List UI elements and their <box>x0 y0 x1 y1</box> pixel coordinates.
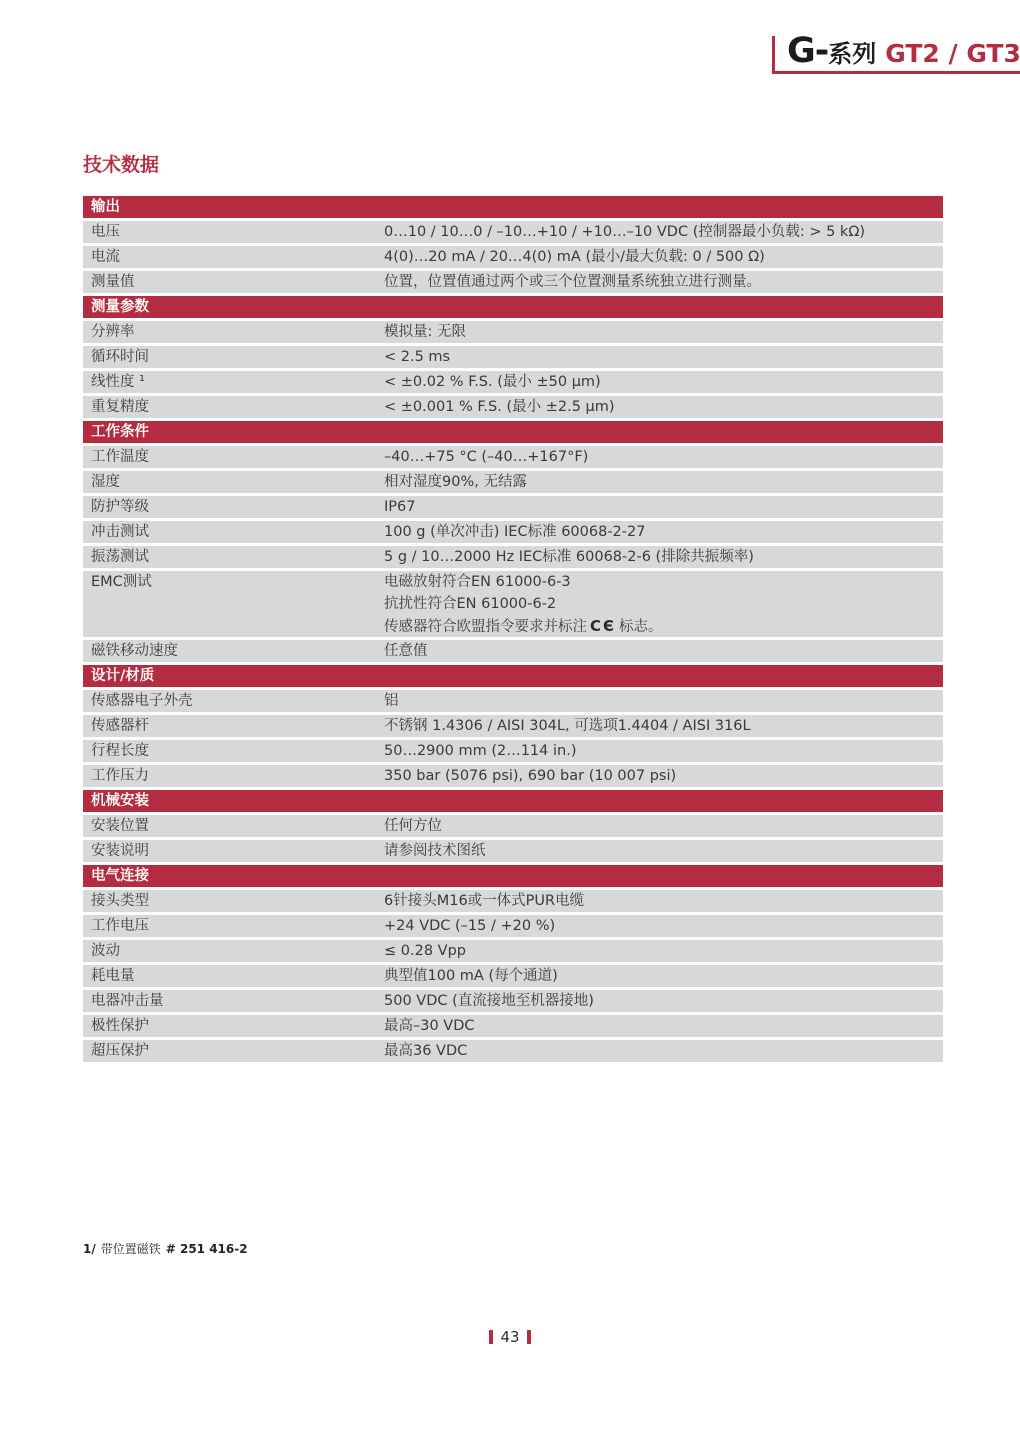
row-value: 50…2900 mm (2…114 in.) <box>384 740 943 762</box>
row-value: 模拟量: 无限 <box>384 321 943 343</box>
footnote-number: 1/ <box>83 1242 96 1256</box>
page-title: 技术数据 <box>83 150 159 177</box>
header-accent-vline <box>772 36 775 74</box>
row-value: 任何方位 <box>384 815 943 837</box>
ce-mark-icon: CЄ <box>587 617 619 635</box>
row-label: 波动 <box>83 940 384 962</box>
page-number-value: 43 <box>500 1328 519 1346</box>
section-header: 设计/材质 <box>83 665 943 687</box>
row-value-line: 电磁放射符合EN 61000-6-3 <box>384 571 935 593</box>
footnote: 1/带位置磁铁# 251 416-2 <box>83 1240 248 1257</box>
table-row: 电器冲击量500 VDC (直流接地至机器接地) <box>83 990 943 1012</box>
table-row: 测量值位置，位置值通过两个或三个位置测量系统独立进行测量。 <box>83 271 943 293</box>
row-value: 不锈钢 1.4306 / AISI 304L, 可选项1.4404 / AISI… <box>384 715 943 737</box>
section-header: 机械安装 <box>83 790 943 812</box>
table-row: 电压0…10 / 10…0 / –10…+10 / +10…–10 VDC (控… <box>83 221 943 243</box>
table-row: 湿度相对湿度90%, 无结露 <box>83 471 943 493</box>
row-label: 防护等级 <box>83 496 384 518</box>
table-row: 重复精度< ±0.001 % F.S. (最小 ±2.5 µm) <box>83 396 943 418</box>
row-value: 350 bar (5076 psi), 690 bar (10 007 psi) <box>384 765 943 787</box>
table-row: 行程长度50…2900 mm (2…114 in.) <box>83 740 943 762</box>
row-label: 振荡测试 <box>83 546 384 568</box>
row-value: 典型值100 mA (每个通道) <box>384 965 943 987</box>
row-label: 传感器杆 <box>83 715 384 737</box>
row-value: 任意值 <box>384 640 943 662</box>
table-row: 超压保护最高36 VDC <box>83 1040 943 1062</box>
row-value: 铝 <box>384 690 943 712</box>
row-label: 冲击测试 <box>83 521 384 543</box>
table-row: EMC测试电磁放射符合EN 61000-6-3抗扰性符合EN 61000-6-2… <box>83 571 943 637</box>
row-value: < ±0.001 % F.S. (最小 ±2.5 µm) <box>384 396 943 418</box>
row-label: 线性度 ¹ <box>83 371 384 393</box>
row-value: 最高–30 VDC <box>384 1015 943 1037</box>
row-value-line: 传感器符合欧盟指令要求并标注CЄ标志。 <box>384 615 935 637</box>
footnote-part-number: # 251 416-2 <box>166 1242 248 1256</box>
row-value: 0…10 / 10…0 / –10…+10 / +10…–10 VDC (控制器… <box>384 221 943 243</box>
row-label: 电器冲击量 <box>83 990 384 1012</box>
page-number-right-bar <box>527 1330 531 1344</box>
row-value: ≤ 0.28 Vpp <box>384 940 943 962</box>
section-header: 测量参数 <box>83 296 943 318</box>
row-value: 相对湿度90%, 无结露 <box>384 471 943 493</box>
table-row: 磁铁移动速度任意值 <box>83 640 943 662</box>
row-label: 耗电量 <box>83 965 384 987</box>
row-label: 传感器电子外壳 <box>83 690 384 712</box>
section-header: 电气连接 <box>83 865 943 887</box>
row-label: 极性保护 <box>83 1015 384 1037</box>
page-number-left-bar <box>489 1330 493 1344</box>
row-label: 重复精度 <box>83 396 384 418</box>
row-label: 工作压力 <box>83 765 384 787</box>
row-label: 分辨率 <box>83 321 384 343</box>
row-label: 工作电压 <box>83 915 384 937</box>
series-prefix: G- <box>787 31 828 71</box>
header-rule <box>772 71 1020 74</box>
row-label: 超压保护 <box>83 1040 384 1062</box>
table-row: 电流4(0)…20 mA / 20…4(0) mA (最小/最大负载: 0 / … <box>83 246 943 268</box>
table-row: 接头类型6针接头M16或一体式PUR电缆 <box>83 890 943 912</box>
row-value: –40…+75 °C (–40…+167°F) <box>384 446 943 468</box>
row-value: < 2.5 ms <box>384 346 943 368</box>
table-row: 极性保护最高–30 VDC <box>83 1015 943 1037</box>
table-row: 耗电量典型值100 mA (每个通道) <box>83 965 943 987</box>
row-label: 接头类型 <box>83 890 384 912</box>
row-value-line: 抗扰性符合EN 61000-6-2 <box>384 593 935 615</box>
footnote-text: 带位置磁铁 <box>101 1242 161 1256</box>
row-value: +24 VDC (–15 / +20 %) <box>384 915 943 937</box>
table-row: 安装位置任何方位 <box>83 815 943 837</box>
section-header: 工作条件 <box>83 421 943 443</box>
row-value-text: 标志。 <box>619 619 663 635</box>
row-label: 测量值 <box>83 271 384 293</box>
row-label: 磁铁移动速度 <box>83 640 384 662</box>
doc-header: G- 系列 GT2 / GT3 <box>787 31 1020 71</box>
row-value: 请参阅技术图纸 <box>384 840 943 862</box>
table-row: 工作压力350 bar (5076 psi), 690 bar (10 007 … <box>83 765 943 787</box>
row-value: < ±0.02 % F.S. (最小 ±50 µm) <box>384 371 943 393</box>
table-row: 波动≤ 0.28 Vpp <box>83 940 943 962</box>
row-value: 6针接头M16或一体式PUR电缆 <box>384 890 943 912</box>
row-label: 电流 <box>83 246 384 268</box>
table-row: 冲击测试100 g (单次冲击) IEC标准 60068-2-27 <box>83 521 943 543</box>
row-value: 最高36 VDC <box>384 1040 943 1062</box>
row-value: 500 VDC (直流接地至机器接地) <box>384 990 943 1012</box>
row-label: 电压 <box>83 221 384 243</box>
tech-table: 输出电压0…10 / 10…0 / –10…+10 / +10…–10 VDC … <box>83 196 943 1065</box>
table-row: 分辨率模拟量: 无限 <box>83 321 943 343</box>
row-label: 工作温度 <box>83 446 384 468</box>
row-value: IP67 <box>384 496 943 518</box>
row-value: 位置，位置值通过两个或三个位置测量系统独立进行测量。 <box>384 271 943 293</box>
table-row: 工作电压+24 VDC (–15 / +20 %) <box>83 915 943 937</box>
row-value: 电磁放射符合EN 61000-6-3抗扰性符合EN 61000-6-2传感器符合… <box>384 571 943 637</box>
series-variant: GT2 / GT3 <box>885 39 1020 68</box>
table-row: 振荡测试5 g / 10…2000 Hz IEC标准 60068-2-6 (排除… <box>83 546 943 568</box>
table-row: 防护等级IP67 <box>83 496 943 518</box>
table-row: 安装说明请参阅技术图纸 <box>83 840 943 862</box>
row-label: 循环时间 <box>83 346 384 368</box>
row-value: 100 g (单次冲击) IEC标准 60068-2-27 <box>384 521 943 543</box>
page-number: 43 <box>0 1328 1020 1346</box>
row-label: 行程长度 <box>83 740 384 762</box>
row-label: 安装说明 <box>83 840 384 862</box>
table-row: 循环时间< 2.5 ms <box>83 346 943 368</box>
table-row: 工作温度–40…+75 °C (–40…+167°F) <box>83 446 943 468</box>
row-label: 安装位置 <box>83 815 384 837</box>
row-label: 湿度 <box>83 471 384 493</box>
section-header: 输出 <box>83 196 943 218</box>
row-label: EMC测试 <box>83 571 384 637</box>
table-row: 线性度 ¹< ±0.02 % F.S. (最小 ±50 µm) <box>83 371 943 393</box>
row-value-text: 传感器符合欧盟指令要求并标注 <box>384 619 587 635</box>
table-row: 传感器电子外壳铝 <box>83 690 943 712</box>
row-value: 5 g / 10…2000 Hz IEC标准 60068-2-6 (排除共振频率… <box>384 546 943 568</box>
table-row: 传感器杆不锈钢 1.4306 / AISI 304L, 可选项1.4404 / … <box>83 715 943 737</box>
row-value: 4(0)…20 mA / 20…4(0) mA (最小/最大负载: 0 / 50… <box>384 246 943 268</box>
series-label: 系列 <box>828 34 876 69</box>
